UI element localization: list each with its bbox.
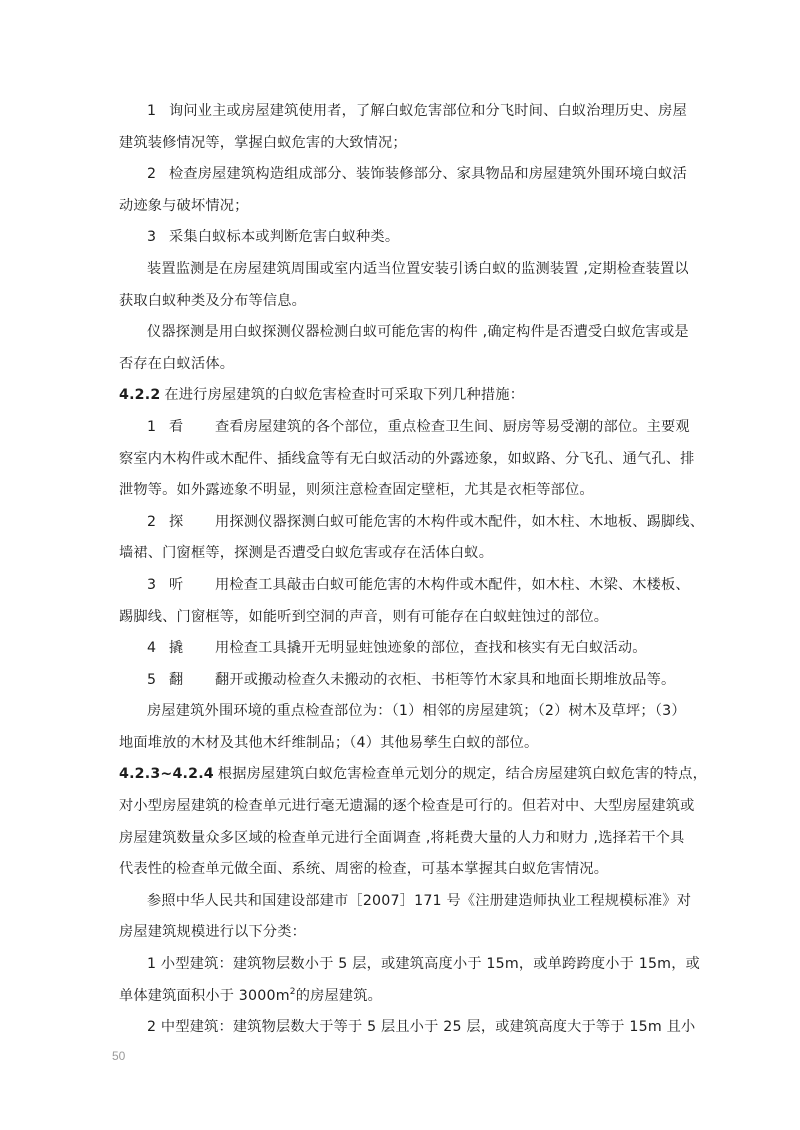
paragraph-text: 的房屋建筑。 (296, 988, 382, 1004)
paragraph-line: 获取白蚁种类及分布等信息。 (119, 286, 681, 318)
document-page: 1询问业主或房屋建筑使用者，了解白蚁危害部位和分飞时间、白蚁治理历史、房屋 建筑… (119, 96, 681, 1044)
paragraph-line: 地面堆放的木材及其他木纤维制品；（4）其他易孳生白蚁的部位。 (119, 728, 681, 760)
paragraph-text: 泄物等。如外露迹象不明显，则须注意检查固定壁柜，尤其是衣柜等部位。 (119, 482, 594, 498)
item-number: 1 (147, 96, 169, 128)
measure-listen: 3听用检查工具敲击白蚁可能危害的木构件或木配件，如木柱、木梁、木楼板、 (119, 570, 681, 602)
item-number: 2 (147, 159, 169, 191)
paragraph-text: 建筑装修情况等，掌握白蚁危害的大致情况； (119, 135, 407, 151)
paragraph-text: 房屋建筑数量众多区域的检查单元进行全面调查 ,将耗费大量的人力和财力 ,选择若干… (119, 830, 685, 846)
paragraph-instrument-detection: 仪器探测是用白蚁探测仪器检测白蚁可能危害的构件 ,确定构件是否遭受白蚁危害或是 (119, 317, 681, 349)
list-item-3: 3采集白蚁标本或判断危害白蚁种类。 (119, 222, 681, 254)
paragraph-text: 参照中华人民共和国建设部建市［2007］171 号《注册建造师执业工程规模标准》… (147, 893, 691, 909)
paragraph-text: 用检查工具敲击白蚁可能危害的木构件或木配件，如木柱、木梁、木楼板、 (215, 577, 690, 593)
paragraph-text: 1 小型建筑：建筑物层数小于 5 层，或建筑高度小于 15m，或单跨跨度小于 1… (147, 956, 700, 972)
paragraph-text: 根据房屋建筑白蚁危害检查单元划分的规定，结合房屋建筑白蚁危害的特点， (218, 766, 707, 782)
item-number: 1 (147, 412, 169, 444)
item-keyword: 听 (169, 570, 215, 602)
paragraph-device-monitoring: 装置监测是在房屋建筑周围或室内适当位置安装引诱白蚁的监测装置 ,定期检查装置以 (119, 254, 681, 286)
measure-turn: 5翻翻开或搬动检查久未搬动的衣柜、书柜等竹木家具和地面长期堆放品等。 (119, 665, 681, 697)
measure-detect: 2探用探测仪器探测白蚁可能危害的木构件或木配件，如木柱、木地板、踢脚线、 (119, 507, 681, 539)
paragraph-text: 查看房屋建筑的各个部位，重点检查卫生间、厨房等易受潮的部位。主要观 (215, 419, 690, 435)
paragraph-key-locations: 房屋建筑外围环境的重点检查部位为：（1）相邻的房屋建筑；（2）树木及草坪；（3） (119, 696, 681, 728)
paragraph-line: 房屋建筑规模进行以下分类： (119, 917, 681, 949)
paragraph-text: 踢脚线、门窗框等，如能听到空洞的声音，则有可能存在白蚁蛀蚀过的部位。 (119, 609, 608, 625)
paragraph-text: 察室内木构件或木配件、插线盒等有无白蚁活动的外露迹象，如蚁路、分飞孔、通气孔、排 (119, 451, 695, 467)
item-keyword: 撬 (169, 633, 215, 665)
page-number: 50 (112, 1049, 125, 1063)
paragraph-line: 单体建筑面积小于 3000m2的房屋建筑。 (119, 981, 681, 1013)
paragraph-text: 2 中型建筑：建筑物层数大于等于 5 层且小于 25 层，或建筑高度大于等于 1… (147, 1019, 695, 1035)
item-number: 4 (147, 633, 169, 665)
paragraph-line: 泄物等。如外露迹象不明显，则须注意检查固定壁柜，尤其是衣柜等部位。 (119, 475, 681, 507)
paragraph-line: 动迹象与破坏情况； (119, 191, 681, 223)
classification-small: 1 小型建筑：建筑物层数小于 5 层，或建筑高度小于 15m，或单跨跨度小于 1… (119, 949, 681, 981)
item-number: 3 (147, 570, 169, 602)
paragraph-text: 房屋建筑外围环境的重点检查部位为：（1）相邻的房屋建筑；（2）树木及草坪；（3） (147, 703, 686, 719)
paragraph-line: 房屋建筑数量众多区域的检查单元进行全面调查 ,将耗费大量的人力和财力 ,选择若干… (119, 823, 681, 855)
measure-pry: 4撬用检查工具撬开无明显蛀蚀迹象的部位，查找和核实有无白蚁活动。 (119, 633, 681, 665)
paragraph-text: 获取白蚁种类及分布等信息。 (119, 293, 306, 309)
paragraph-text: 检查房屋建筑构造组成部分、装饰装修部分、家具物品和房屋建筑外围环境白蚁活 (169, 166, 687, 182)
paragraph-line: 建筑装修情况等，掌握白蚁危害的大致情况； (119, 128, 681, 160)
clause-number: 4.2.3~4.2.4 (119, 766, 214, 782)
paragraph-text: 仪器探测是用白蚁探测仪器检测白蚁可能危害的构件 ,确定构件是否遭受白蚁危害或是 (147, 324, 689, 340)
paragraph-text: 代表性的检查单元做全面、系统、周密的检查，可基本掌握其白蚁危害情况。 (119, 861, 608, 877)
paragraph-text: 地面堆放的木材及其他木纤维制品；（4）其他易孳生白蚁的部位。 (119, 735, 538, 751)
item-keyword: 看 (169, 412, 215, 444)
paragraph-text: 房屋建筑规模进行以下分类： (119, 924, 306, 940)
measure-look: 1看查看房屋建筑的各个部位，重点检查卫生间、厨房等易受潮的部位。主要观 (119, 412, 681, 444)
clause-number: 4.2.2 (119, 387, 160, 403)
item-keyword: 探 (169, 507, 215, 539)
item-number: 5 (147, 665, 169, 697)
paragraph-text: 否存在白蚁活体。 (119, 356, 234, 372)
list-item-2: 2检查房屋建筑构造组成部分、装饰装修部分、家具物品和房屋建筑外围环境白蚁活 (119, 159, 681, 191)
classification-medium: 2 中型建筑：建筑物层数大于等于 5 层且小于 25 层，或建筑高度大于等于 1… (119, 1012, 681, 1044)
clause-4-2-2: 4.2.2在进行房屋建筑的白蚁危害检查时可采取下列几种措施： (119, 380, 681, 412)
item-keyword: 翻 (169, 665, 215, 697)
paragraph-text: 对小型房屋建筑的检查单元进行毫无遗漏的逐个检查是可行的。但若对中、大型房屋建筑或 (119, 798, 695, 814)
paragraph-line: 踢脚线、门窗框等，如能听到空洞的声音，则有可能存在白蚁蛀蚀过的部位。 (119, 602, 681, 634)
paragraph-text: 动迹象与破坏情况； (119, 198, 249, 214)
paragraph-text: 用探测仪器探测白蚁可能危害的木构件或木配件，如木柱、木地板、踢脚线、 (215, 514, 704, 530)
clause-4-2-3-4-2-4: 4.2.3~4.2.4根据房屋建筑白蚁危害检查单元划分的规定，结合房屋建筑白蚁危… (119, 759, 681, 791)
list-item-1: 1询问业主或房屋建筑使用者，了解白蚁危害部位和分飞时间、白蚁治理历史、房屋 (119, 96, 681, 128)
item-number: 2 (147, 507, 169, 539)
paragraph-text: 在进行房屋建筑的白蚁危害检查时可采取下列几种措施： (164, 387, 524, 403)
paragraph-line: 察室内木构件或木配件、插线盒等有无白蚁活动的外露迹象，如蚁路、分飞孔、通气孔、排 (119, 444, 681, 476)
paragraph-text: 翻开或搬动检查久未搬动的衣柜、书柜等竹木家具和地面长期堆放品等。 (215, 672, 675, 688)
paragraph-line: 否存在白蚁活体。 (119, 349, 681, 381)
paragraph-line: 墙裙、门窗框等，探测是否遭受白蚁危害或存在活体白蚁。 (119, 538, 681, 570)
paragraph-text: 询问业主或房屋建筑使用者，了解白蚁危害部位和分飞时间、白蚁治理历史、房屋 (169, 103, 687, 119)
paragraph-text: 用检查工具撬开无明显蛀蚀迹象的部位，查找和核实有无白蚁活动。 (215, 640, 647, 656)
paragraph-line: 对小型房屋建筑的检查单元进行毫无遗漏的逐个检查是可行的。但若对中、大型房屋建筑或 (119, 791, 681, 823)
paragraph-text: 单体建筑面积小于 3000m (119, 988, 290, 1004)
paragraph-text: 装置监测是在房屋建筑周围或室内适当位置安装引诱白蚁的监测装置 ,定期检查装置以 (147, 261, 689, 277)
paragraph-text: 采集白蚁标本或判断危害白蚁种类。 (169, 229, 399, 245)
paragraph-text: 墙裙、门窗框等，探测是否遭受白蚁危害或存在活体白蚁。 (119, 545, 493, 561)
item-number: 3 (147, 222, 169, 254)
paragraph-line: 代表性的检查单元做全面、系统、周密的检查，可基本掌握其白蚁危害情况。 (119, 854, 681, 886)
paragraph-classification-ref: 参照中华人民共和国建设部建市［2007］171 号《注册建造师执业工程规模标准》… (119, 886, 681, 918)
